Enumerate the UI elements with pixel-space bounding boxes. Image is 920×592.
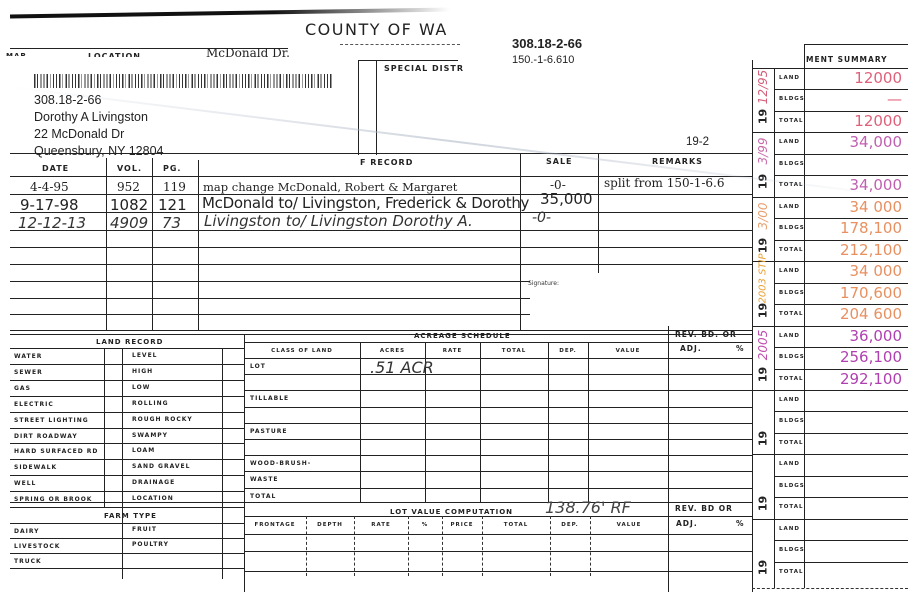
assessment-land-value: 34,000 (812, 133, 902, 151)
land-record-item: SWAMPY (132, 432, 168, 439)
land-record-item: ELECTRIC (14, 401, 54, 408)
parcel-id: 308.18-2-66 (512, 36, 582, 51)
assessment-total-value: 212,100 (812, 241, 902, 259)
assessment-row-label: TOTAL (779, 118, 804, 124)
assessment-row-label: TOTAL (779, 504, 804, 510)
label-owner: Dorothy A Livingston (34, 110, 148, 124)
assessment-bldgs-value: — (812, 90, 902, 108)
land-record-title: LAND RECORD (96, 338, 163, 346)
assessment-row-label: TOTAL (779, 440, 804, 446)
assessment-row-label: TOTAL (779, 569, 804, 575)
assessment-total-value: 292,100 (812, 370, 902, 388)
lot-frontage-note: 138.76' RF (545, 498, 631, 517)
section-code: 19-2 (686, 136, 709, 148)
acreage-row-label: PASTURE (250, 428, 288, 435)
transfer-sale: 35,000 (540, 190, 593, 208)
land-record-item: DRAINAGE (132, 479, 175, 486)
farm-type-item: TRUCK (14, 558, 42, 565)
col-date: DATE (42, 164, 69, 173)
lot-acres: .51 ACR (370, 358, 434, 377)
farm-type-item: DAIRY (14, 528, 40, 535)
land-record-item: LEVEL (132, 352, 158, 359)
assessment-row-label: BLDGS (779, 418, 805, 424)
lot-value-col-header: PRICE (442, 522, 482, 528)
location-label: LOCATION (88, 52, 141, 61)
transfer-date: 4-4-95 (30, 180, 69, 194)
col-record: F RECORD (360, 158, 413, 167)
acreage-title: ACREAGE SCHEDULE (414, 332, 511, 340)
assessment-land-value: 34 000 (812, 198, 902, 216)
barcode-icon (34, 74, 332, 88)
year-prefix: 19 (757, 559, 770, 577)
lot-value-col-header: RATE (354, 522, 408, 528)
acreage-col-header: ACRES (360, 348, 425, 354)
assessment-row-label: LAND (779, 268, 800, 274)
assessment-row-label: TOTAL (779, 311, 804, 317)
assessment-row-label: BLDGS (779, 225, 805, 231)
transfer-sale: -0- (532, 210, 551, 226)
land-record-item: HIGH (132, 368, 153, 375)
transfer-vol: 952 (117, 180, 140, 194)
signature-label: Signature: (528, 280, 559, 287)
transfer-pg: 73 (162, 214, 181, 232)
assessment-total-value: 12000 (812, 112, 902, 130)
farm-type-item: LIVESTOCK (14, 543, 60, 550)
acreage-row-label: WASTE (250, 476, 279, 483)
acreage-col-header: CLASS OF LAND (244, 348, 360, 354)
assessment-land-value: 12000 (812, 69, 902, 87)
assessment-row-label: LAND (779, 333, 800, 339)
lot-rev-bd: REV. BD OR (675, 504, 733, 513)
assessment-row-label: BLDGS (779, 354, 805, 360)
label-city: Queensbury, NY 12804 (34, 144, 164, 158)
land-record-item: LOAM (132, 447, 155, 454)
col-pg: PG. (163, 164, 181, 173)
assessment-row-label: LAND (779, 75, 800, 81)
farm-type-title: FARM TYPE (104, 512, 157, 520)
land-record-item: GAS (14, 385, 31, 392)
acreage-row-label: LOT (250, 363, 266, 370)
assessment-row-label: LAND (779, 526, 800, 532)
col-sale: SALE (546, 157, 573, 166)
acreage-row-label: TILLABLE (250, 395, 289, 402)
assessment-row-label: BLDGS (779, 547, 805, 553)
acreage-row-label: TOTAL (250, 493, 276, 500)
assessment-row-label: LAND (779, 397, 800, 403)
assessment-row-label: BLDGS (779, 290, 805, 296)
transfer-remarks: split from 150-1-6.6 (604, 176, 724, 190)
assessment-land-value: 36,000 (812, 327, 902, 345)
assessment-row-label: TOTAL (779, 247, 804, 253)
lot-adj: ADJ. (676, 519, 698, 528)
year-prefix: 19 (757, 494, 770, 512)
year-prefix: 19 (757, 430, 770, 448)
transfer-vol: 4909 (110, 214, 148, 232)
old-parcel-id: 150.-1-6.610 (512, 54, 574, 66)
acreage-col-header: TOTAL (480, 348, 548, 354)
land-record-item: WELL (14, 480, 36, 487)
transfer-vol: 1082 (110, 196, 148, 214)
transfer-record: Livingston to/ Livingston Dorothy A. (204, 212, 473, 230)
transfer-pg: 119 (163, 180, 186, 194)
col-vol: VOL. (117, 164, 142, 173)
lot-value-col-header: DEP. (550, 522, 590, 528)
acreage-row-label: WOOD-BRUSH- (250, 460, 311, 467)
land-record-item: SAND GRAVEL (132, 463, 190, 470)
lot-value-col-header: % (408, 522, 442, 528)
lot-value-col-header: FRONTAGE (244, 522, 306, 528)
land-record-item: LOW (132, 384, 150, 391)
year-note: 2005 (756, 308, 770, 382)
land-record-item: ROUGH ROCKY (132, 416, 193, 423)
adj-label: ADJ. (680, 344, 702, 353)
location-value: McDonald Dr. (206, 46, 290, 60)
assessment-summary-label: MENT SUMMARY (806, 55, 888, 64)
transfer-pg: 121 (158, 196, 187, 214)
acreage-col-header: VALUE (588, 348, 668, 354)
land-record-item: DIRT ROADWAY (14, 433, 78, 440)
land-record-item: WATER (14, 353, 42, 360)
assessment-row-label: BLDGS (779, 161, 805, 167)
assessment-row-label: LAND (779, 204, 800, 210)
land-record-item: ROLLING (132, 400, 169, 407)
land-record-item: SIDEWALK (14, 464, 57, 471)
label-street: 22 McDonald Dr (34, 127, 124, 141)
lot-value-title: LOT VALUE COMPUTATION (390, 508, 513, 516)
year-note: 12/95 (756, 50, 770, 124)
assessment-bldgs-value: 170,600 (812, 284, 902, 302)
land-record-item: SEWER (14, 369, 43, 376)
land-record-item: HARD SURFACED RD (14, 448, 98, 455)
transfer-date: 9-17-98 (20, 196, 79, 214)
assessment-row-label: LAND (779, 139, 800, 145)
assessment-row-label: BLDGS (779, 96, 805, 102)
special-district-label: SPECIAL DISTR (384, 64, 464, 73)
land-record-item: STREET LIGHTING (14, 417, 89, 424)
farm-type-item: FRUIT (132, 526, 157, 533)
farm-type-item: POULTRY (132, 541, 169, 548)
transfer-record: map change McDonald, Robert & Margaret (203, 180, 457, 194)
year-note: 2003 STIP (758, 242, 769, 316)
pct-label: % (736, 344, 745, 353)
acreage-col-header: RATE (425, 348, 480, 354)
transfer-record: McDonald to/ Livingston, Frederick & Dor… (202, 194, 529, 212)
scan-edge (10, 8, 450, 19)
assessment-bldgs-value: 178,100 (812, 219, 902, 237)
col-remarks: REMARKS (652, 157, 703, 166)
acreage-col-header: DEP. (548, 348, 588, 354)
assessment-total-value: 204 600 (812, 305, 902, 323)
assessment-row-label: LAND (779, 461, 800, 467)
map-label: MAP (6, 52, 27, 60)
assessment-bldgs-value: 256,100 (812, 348, 902, 366)
lot-value-col-header: VALUE (590, 522, 668, 528)
county-title: COUNTY OF WA (305, 20, 448, 39)
transfer-date: 12-12-13 (18, 214, 86, 232)
lot-value-col-header: DEPTH (306, 522, 354, 528)
assessment-land-value: 34 000 (812, 262, 902, 280)
assessment-row-label: BLDGS (779, 483, 805, 489)
rev-bd-label: REV. BD. OR (675, 330, 737, 339)
lot-pct: % (736, 519, 745, 528)
assessment-row-label: TOTAL (779, 376, 804, 382)
lot-value-col-header: TOTAL (482, 522, 550, 528)
